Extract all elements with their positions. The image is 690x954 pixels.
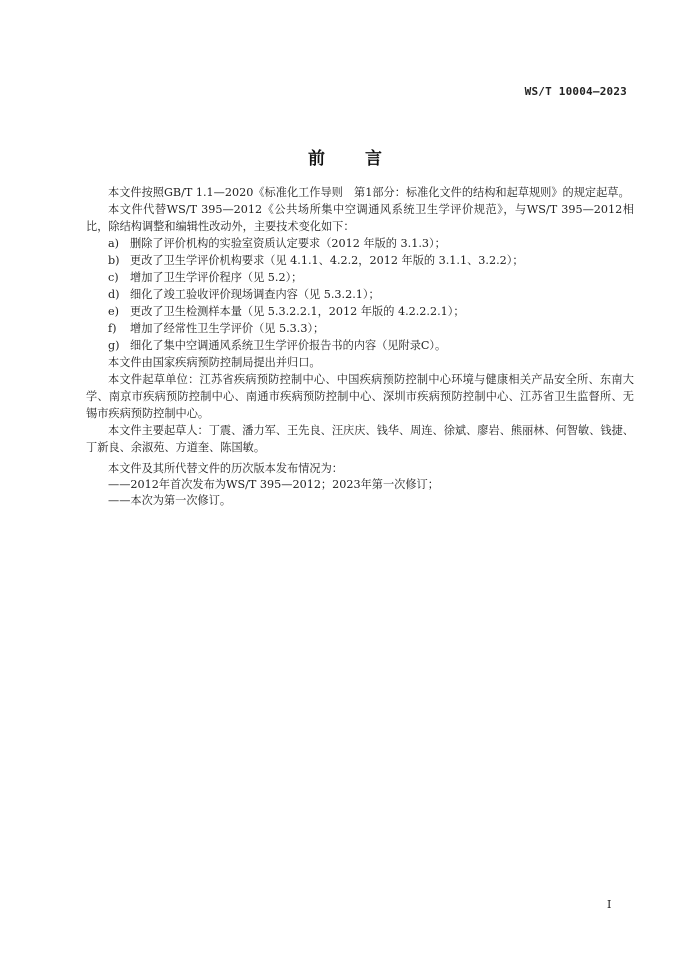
list-label: f) [108, 320, 117, 337]
list-item: g)细化了集中空调通风系统卫生学评价报告书的内容（见附录C）。 [86, 337, 634, 354]
list-item: f)增加了经常性卫生学评价（见 5.3.3）； [86, 320, 634, 337]
list-label: e) [108, 303, 119, 320]
list-item: b)更改了卫生学评价机构要求（见 4.1.1、4.2.2，2012 年版的 3.… [86, 252, 634, 269]
list-text: 细化了集中空调通风系统卫生学评价报告书的内容（见附录C）。 [130, 339, 446, 352]
history-item: ——本次为第一次修订。 [86, 493, 634, 509]
paragraph-drafting-basis: 本文件按照GB/T 1.1—2020《标准化工作导则 第1部分：标准化文件的结构… [86, 184, 634, 201]
paragraph-proposer: 本文件由国家疾病预防控制局提出并归口。 [86, 354, 634, 371]
list-text: 更改了卫生检测样本量（见 5.3.2.2.1，2012 年版的 4.2.2.2.… [130, 305, 465, 318]
page-title: 前言 [0, 144, 690, 169]
list-label: g) [108, 337, 120, 354]
list-item: e)更改了卫生检测样本量（见 5.3.2.2.1，2012 年版的 4.2.2.… [86, 303, 634, 320]
list-text: 细化了竣工验收评价现场调查内容（见 5.3.2.1）； [130, 288, 380, 301]
history-item: ——2012年首次发布为WS/T 395—2012；2023年第一次修订； [86, 477, 634, 493]
changes-list: a)删除了评价机构的实验室资质认定要求（2012 年版的 3.1.3）； b)更… [86, 235, 634, 354]
list-item: c)增加了卫生学评价程序（见 5.2）； [86, 269, 634, 286]
list-text: 增加了经常性卫生学评价（见 5.3.3）； [130, 322, 324, 335]
list-item: a)删除了评价机构的实验室资质认定要求（2012 年版的 3.1.3）； [86, 235, 634, 252]
foreword-body: 本文件按照GB/T 1.1—2020《标准化工作导则 第1部分：标准化文件的结构… [86, 184, 634, 509]
list-item: d)细化了竣工验收评价现场调查内容（见 5.3.2.1）； [86, 286, 634, 303]
title-char-1: 前 [308, 144, 325, 169]
page-number: I [607, 898, 611, 911]
list-text: 删除了评价机构的实验室资质认定要求（2012 年版的 3.1.3）； [130, 237, 446, 250]
paragraph-history-intro: 本文件及其所代替文件的历次版本发布情况为： [86, 460, 634, 477]
list-text: 增加了卫生学评价程序（见 5.2）； [130, 271, 302, 284]
list-text: 更改了卫生学评价机构要求（见 4.1.1、4.2.2，2012 年版的 3.1.… [130, 254, 524, 267]
paragraph-drafters: 本文件主要起草人：丁震、潘力军、王先良、汪庆庆、钱华、周连、徐斌、廖岩、熊丽林、… [86, 422, 634, 456]
list-label: b) [108, 252, 120, 269]
list-label: a) [108, 235, 119, 252]
paragraph-drafting-units: 本文件起草单位：江苏省疾病预防控制中心、中国疾病预防控制中心环境与健康相关产品安… [86, 371, 634, 422]
paragraph-replacement: 本文件代替WS/T 395—2012《公共场所集中空调通风系统卫生学评价规范》，… [86, 201, 634, 235]
document-code-header: WS/T 10004—2023 [525, 85, 627, 98]
title-char-2: 言 [365, 144, 382, 169]
list-label: c) [108, 269, 119, 286]
list-label: d) [108, 286, 120, 303]
